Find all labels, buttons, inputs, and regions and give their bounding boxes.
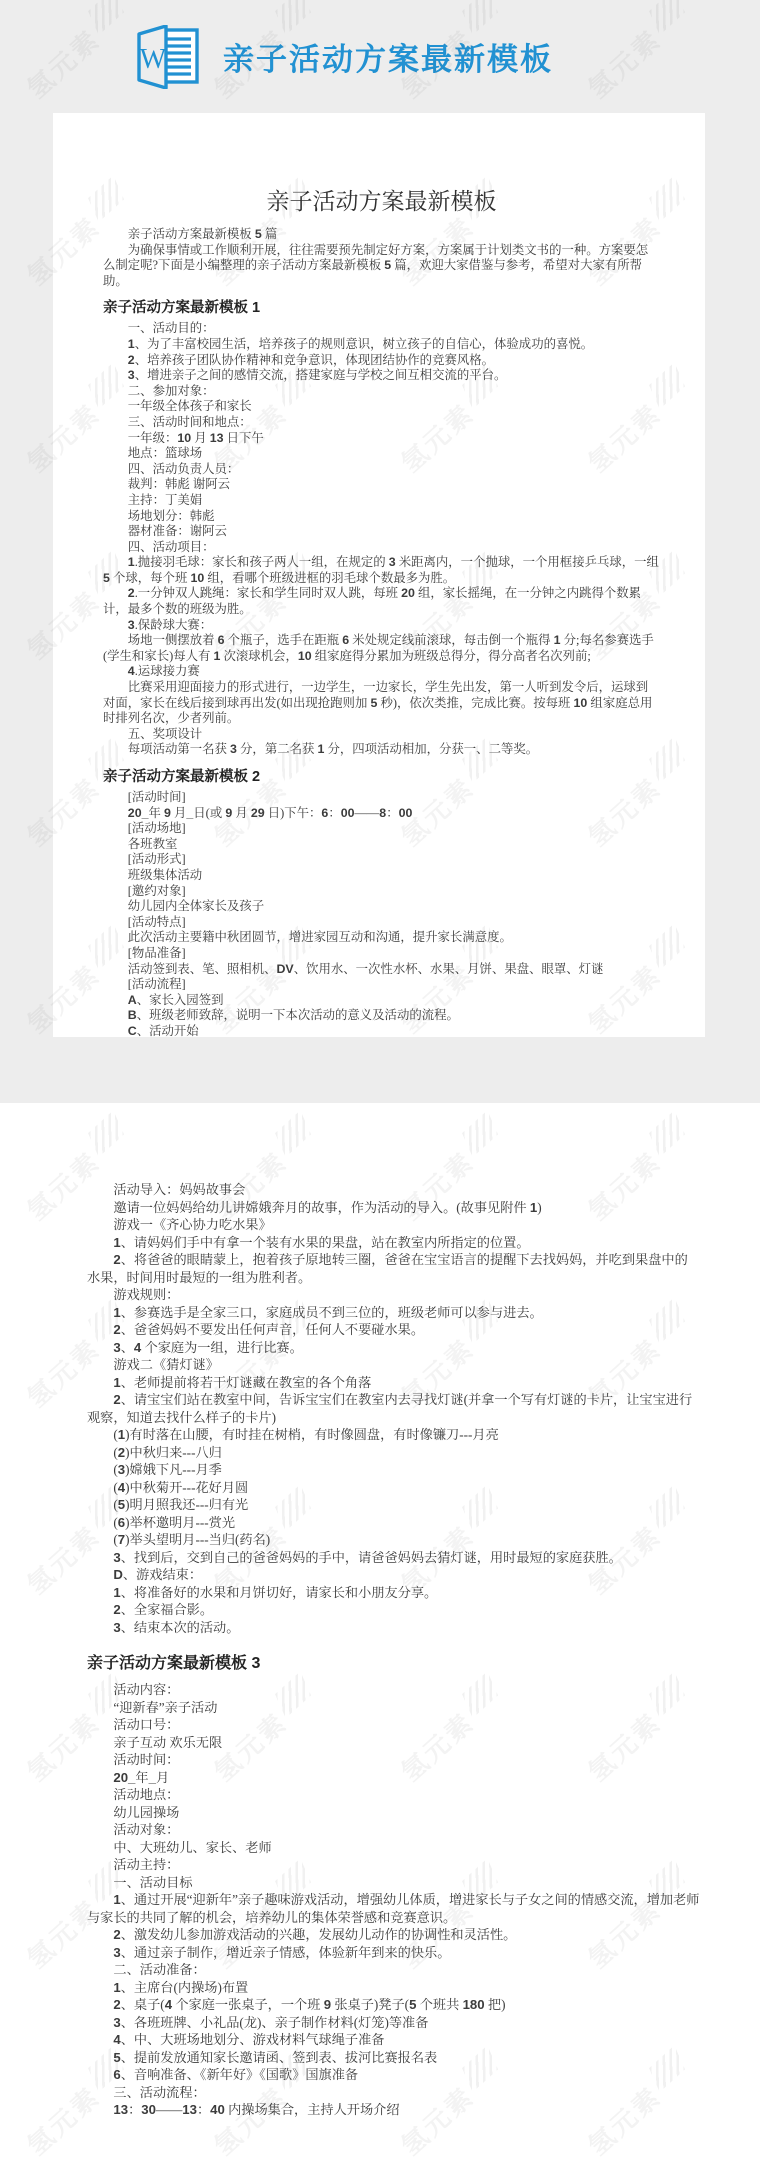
doc-line: [活动形式] [103, 852, 660, 868]
doc-line: [活动特点] [103, 915, 660, 931]
doc-line: 邀请一位妈妈给幼儿讲嫦娥奔月的故事，作为活动的导入。(故事见附件 1) [87, 1199, 700, 1217]
doc-line: 比赛采用迎面接力的形式进行，一边学生，一边家长，学生先出发，第一人听到发令后，运… [103, 680, 660, 727]
doc-line: 3、找到后，交到自己的爸爸妈妈的手中，请爸爸妈妈去猜灯谜，用时最短的家庭获胜。 [87, 1549, 700, 1567]
page-title: 亲子活动方案最新模板 [223, 34, 553, 79]
doc-line: [活动流程] [103, 977, 660, 993]
word-document-icon: W [133, 25, 203, 89]
doc-line: 2、爸爸妈妈不要发出任何声音，任何人不要碰水果。 [87, 1321, 700, 1339]
doc-line: (3)嫦娥下凡---月季 [87, 1461, 700, 1479]
doc-line: 场地一侧摆放着 6 个瓶子，选手在距瓶 6 米处规定线前滚球，每击倒一个瓶得 1… [103, 633, 660, 664]
doc-line: [活动场地] [103, 821, 660, 837]
doc-line: 主持：丁美娟 [103, 493, 660, 509]
doc-line: 此次活动主要籍中秋团圆节，增进家园互动和沟通，提升家长满意度。 [103, 930, 660, 946]
doc-line: (6)举杯邀明月---赏光 [87, 1514, 700, 1532]
doc-line: 1、主席台(内操场)布置 [87, 1979, 700, 1997]
doc-line: 2、激发幼儿参加游戏活动的兴趣，发展幼儿动作的协调性和灵活性。 [87, 1926, 700, 1944]
doc-line: A、家长入园签到 [103, 993, 660, 1009]
doc-line: 2.一分钟双人跳绳：家长和学生同时双人跳，每班 20 组，家长摇绳，在一分钟之内… [103, 586, 660, 617]
doc-line: [物品准备] [103, 946, 660, 962]
doc-line: 游戏一《齐心协力吃水果》 [87, 1216, 700, 1234]
doc-line: 二、参加对象： [103, 384, 660, 400]
doc-line: 活动签到表、笔、照相机、DV、饮用水、一次性水杯、水果、月饼、果盘、眼罩、灯谜 [103, 962, 660, 978]
doc-line: 裁判：韩彪 谢阿云 [103, 477, 660, 493]
doc-line: 3、结束本次的活动。 [87, 1619, 700, 1637]
doc-line: 2、全家福合影。 [87, 1601, 700, 1619]
doc-line: 一年级：10 月 13 日下午 [103, 431, 660, 447]
document-title: 亲子活动方案最新模板 [103, 187, 660, 217]
doc-line: 四、活动项目： [103, 540, 660, 556]
doc-line: 2、桌子(4 个家庭一张桌子，一个班 9 张桌子)凳子(5 个班共 180 把) [87, 1996, 700, 2014]
doc-line: 游戏二《猜灯谜》 [87, 1356, 700, 1374]
doc-line: (1)有时落在山腰，有时挂在树梢，有时像圆盘，有时像镰刀---月亮 [87, 1426, 700, 1444]
doc-line: 地点：篮球场 [103, 446, 660, 462]
doc-line: 游戏规则： [87, 1286, 700, 1304]
section-heading: 亲子活动方案最新模板 1 [103, 299, 660, 317]
doc-line: 活动时间： [87, 1751, 700, 1769]
doc-line: 三、活动流程： [87, 2084, 700, 2102]
doc-line: 活动对象： [87, 1821, 700, 1839]
doc-line: 6、音响准备、《新年好》《国歌》国旗准备 [87, 2066, 700, 2084]
doc-line: 一年级全体孩子和家长 [103, 399, 660, 415]
doc-line: D、游戏结束： [87, 1566, 700, 1584]
doc-line: 活动主持： [87, 1856, 700, 1874]
doc-line: 1、请妈妈们手中有拿一个装有水果的果盘，站在教室内所指定的位置。 [87, 1234, 700, 1252]
doc-line: 2、请宝宝们站在教室中间，告诉宝宝们在教室内去寻找灯谜(并拿一个写有灯谜的卡片，… [87, 1391, 700, 1426]
doc-line: 亲子活动方案最新模板 5 篇 [103, 227, 660, 243]
doc-line: 活动导入：妈妈故事会 [87, 1181, 700, 1199]
doc-line: 1.抛接羽毛球：家长和孩子两人一组，在规定的 3 米距离内，一个抛球，一个用框接… [103, 555, 660, 586]
doc-line: 为确保事情或工作顺利开展，往往需要预先制定好方案，方案属于计划类文书的一种。方案… [103, 243, 660, 290]
doc-line: 1、通过开展“迎新年”亲子趣味游戏活动，增强幼儿体质，增进家长与子女之间的情感交… [87, 1891, 700, 1926]
doc-line: “迎新春”亲子活动 [87, 1699, 700, 1717]
doc-line: 活动地点： [87, 1786, 700, 1804]
doc-line: 1、为了丰富校园生活，培养孩子的规则意识，树立孩子的自信心，体验成功的喜悦。 [103, 337, 660, 353]
doc-line: 4、中、大班场地划分、游戏材料气球绳子准备 [87, 2031, 700, 2049]
doc-line: 1、老师提前将若干灯谜藏在教室的各个角落 [87, 1374, 700, 1392]
doc-line: B、班级老师致辞，说明一下本次活动的意义及活动的流程。 [103, 1008, 660, 1024]
doc-line: 二、活动准备： [87, 1961, 700, 1979]
doc-line: 场地划分：韩彪 [103, 509, 660, 525]
doc-line: 13：30——13：40 内操场集合，主持人开场介绍 [87, 2101, 700, 2119]
doc-line: (2)中秋归来---八归 [87, 1444, 700, 1462]
doc-line: 活动口号： [87, 1716, 700, 1734]
document-page-2-content: 活动导入：妈妈故事会邀请一位妈妈给幼儿讲嫦娥奔月的故事，作为活动的导入。(故事见… [87, 1181, 700, 2119]
doc-line: 每项活动第一名获 3 分，第二名获 1 分，四项活动相加，分获一、二等奖。 [103, 742, 660, 758]
doc-line: C、活动开始 [103, 1024, 660, 1040]
doc-line: 三、活动时间和地点： [103, 415, 660, 431]
doc-line: 3.保龄球大赛： [103, 618, 660, 634]
doc-line: 一、活动目的： [103, 321, 660, 337]
doc-line: 4.运球接力赛 [103, 664, 660, 680]
doc-line: [邀约对象] [103, 884, 660, 900]
doc-line: 中、大班幼儿、家长、老师 [87, 1839, 700, 1857]
doc-line: 幼儿园操场 [87, 1804, 700, 1822]
doc-line: 3、4 个家庭为一组，进行比赛。 [87, 1339, 700, 1357]
doc-line: 3、各班班牌、小礼品(龙)、亲子制作材料(灯笼)等准备 [87, 2014, 700, 2032]
doc-line: 五、奖项设计 [103, 727, 660, 743]
doc-line: 2、培养孩子团队协作精神和竞争意识，体现团结协作的竞赛风格。 [103, 353, 660, 369]
doc-line: 3、增进亲子之间的感情交流，搭建家庭与学校之间互相交流的平台。 [103, 368, 660, 384]
doc-line: 3、通过亲子制作，增近亲子情感，体验新年到来的快乐。 [87, 1944, 700, 1962]
doc-line: 20_年 9 月_日(或 9 月 29 日)下午：6：00——8：00 [103, 806, 660, 822]
section-heading: 亲子活动方案最新模板 3 [87, 1654, 700, 1674]
doc-line: 班级集体活动 [103, 868, 660, 884]
document-page-1-content: 亲子活动方案最新模板亲子活动方案最新模板 5 篇为确保事情或工作顺利开展，往往需… [103, 187, 660, 1040]
section-heading: 亲子活动方案最新模板 2 [103, 768, 660, 786]
doc-line: 20_年_月 [87, 1769, 700, 1787]
doc-line: 1、参赛选手是全家三口，家庭成员不到三位的，班级老师可以参与进去。 [87, 1304, 700, 1322]
page-background: W 亲子活动方案最新模板 亲子活动方案最新模板亲子活动方案最新模板 5 篇为确保… [0, 0, 760, 2178]
doc-line: 亲子互动 欢乐无限 [87, 1734, 700, 1752]
doc-line: 一、活动目标 [87, 1874, 700, 1892]
doc-line: (7)举头望明月---当归(药名) [87, 1531, 700, 1549]
doc-line: 活动内容： [87, 1681, 700, 1699]
doc-line: 1、将准备好的水果和月饼切好，请家长和小朋友分享。 [87, 1584, 700, 1602]
site-header: W 亲子活动方案最新模板 [0, 0, 760, 113]
doc-line: 幼儿园内全体家长及孩子 [103, 899, 660, 915]
doc-line: 5、提前发放通知家长邀请函、签到表、拔河比赛报名表 [87, 2049, 700, 2067]
doc-line: 2、将爸爸的眼睛蒙上，抱着孩子原地转三圈，爸爸在宝宝语言的提醒下去找妈妈，并吃到… [87, 1251, 700, 1286]
svg-text:W: W [140, 44, 167, 75]
document-page-2: 活动导入：妈妈故事会邀请一位妈妈给幼儿讲嫦娥奔月的故事，作为活动的导入。(故事见… [0, 1103, 760, 2178]
doc-line: (4)中秋菊开---花好月圆 [87, 1479, 700, 1497]
doc-line: 四、活动负责人员： [103, 462, 660, 478]
doc-line: [活动时间] [103, 790, 660, 806]
doc-line: (5)明月照我还---归有光 [87, 1496, 700, 1514]
document-page-1: 亲子活动方案最新模板亲子活动方案最新模板 5 篇为确保事情或工作顺利开展，往往需… [53, 113, 705, 1037]
doc-line: 各班教室 [103, 837, 660, 853]
doc-line: 器材准备：谢阿云 [103, 524, 660, 540]
